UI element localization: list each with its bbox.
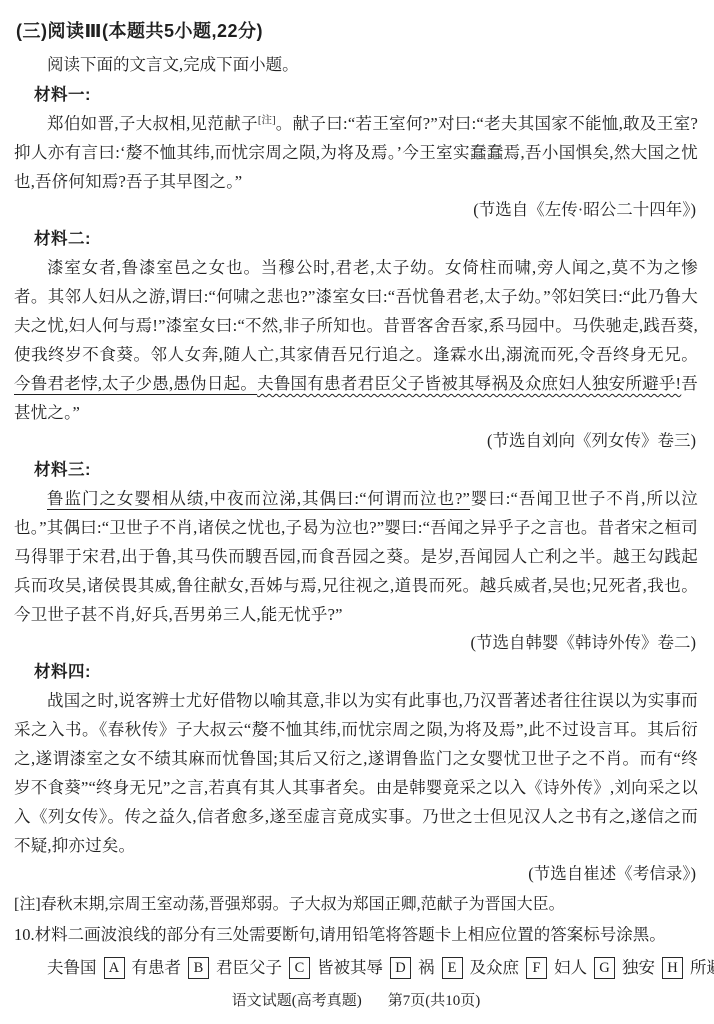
option-box-B: B — [188, 957, 209, 979]
material-source: (节选自刘向《列女传》卷三) — [14, 427, 696, 455]
option-box-G: G — [594, 957, 615, 979]
material-text: 郑伯如晋,子大叔相,见范献子[注]。献子曰:“若王室何?”对曰:“老夫其国家不能… — [14, 109, 698, 196]
option-box-C: C — [289, 957, 310, 979]
footnote: [注]春秋末期,宗周王室动荡,晋强郑弱。子大叔为郑国正卿,范献子为晋国大臣。 — [14, 891, 698, 919]
answer-text: 君臣父子 — [216, 958, 282, 977]
material-block: 材料四:战国之时,说客辨士尤好借物以喻其意,非以为实有此事也,乃汉晋著述者往往误… — [14, 660, 698, 888]
section-title: (三)阅读Ⅲ(本题共5小题,22分) — [16, 18, 698, 44]
instruction-line: 阅读下面的文言文,完成下面小题。 — [14, 50, 698, 80]
materials: 材料一:郑伯如晋,子大叔相,见范献子[注]。献子曰:“若王室何?”对曰:“老夫其… — [14, 83, 698, 888]
underlined-text: 鲁监门之女婴相从绩,中夜而泣涕,其偶曰:“何谓而泣也?” — [47, 489, 470, 508]
option-box-F: F — [526, 957, 547, 979]
answer-text: 祸 — [418, 958, 435, 977]
material-block: 材料三:鲁监门之女婴相从绩,中夜而泣涕,其偶曰:“何谓而泣也?”婴曰:“吾闻卫世… — [14, 458, 698, 657]
answer-text: 所避乎! — [690, 958, 714, 977]
answer-text: 及众庶 — [470, 958, 520, 977]
material-block: 材料一:郑伯如晋,子大叔相,见范献子[注]。献子曰:“若王室何?”对曰:“老夫其… — [14, 83, 698, 224]
material-label: 材料四: — [34, 660, 698, 684]
material-text: 鲁监门之女婴相从绩,中夜而泣涕,其偶曰:“何谓而泣也?”婴曰:“吾闻卫世子不肖,… — [14, 484, 698, 629]
material-label: 材料二: — [34, 227, 698, 251]
plain-text: 婴曰:“吾闻卫世子不肖,所以泣也。”其偶曰:“卫世子不肖,诸侯之忧也,子曷为泣也… — [14, 489, 698, 624]
material-source: (节选自《左传·昭公二十四年》) — [14, 196, 696, 224]
option-box-H: H — [662, 957, 683, 979]
exam-page: (三)阅读Ⅲ(本题共5小题,22分) 阅读下面的文言文,完成下面小题。 材料一:… — [0, 0, 714, 1024]
material-block: 材料二:漆室女者,鲁漆室邑之女也。当穆公时,君老,太子幼。女倚柱而啸,旁人闻之,… — [14, 227, 698, 455]
material-source: (节选自韩婴《韩诗外传》卷二) — [14, 629, 696, 657]
answer-text: 独安 — [622, 958, 655, 977]
option-box-D: D — [390, 957, 411, 979]
answer-line: 夫鲁国A有患者B君臣父子C皆被其辱D祸E及众庶F妇人G独安H所避乎! — [14, 951, 698, 985]
answer-text: 皆被其辱 — [317, 958, 383, 977]
option-box-A: A — [104, 957, 125, 979]
material-text: 漆室女者,鲁漆室邑之女也。当穆公时,君老,太子幼。女倚柱而啸,旁人闻之,莫不为之… — [14, 253, 698, 427]
material-label: 材料三: — [34, 458, 698, 482]
wavy-underlined-text: 夫鲁国有患者君臣父子皆被其辱祸及众庶妇人独安所避乎! — [257, 374, 681, 393]
footer-page-indicator: 第7页(共10页) — [388, 993, 481, 1009]
answer-text: 夫鲁国 — [47, 958, 97, 977]
plain-text: 战国之时,说客辨士尤好借物以喻其意,非以为实有此事也,乃汉晋著述者往往误以为实事… — [14, 691, 698, 855]
answer-text: 有患者 — [132, 958, 182, 977]
page-footer: 语文试题(高考真题)第7页(共10页) — [14, 989, 698, 1013]
answer-text: 妇人 — [554, 958, 587, 977]
footer-doc-title: 语文试题(高考真题) — [232, 993, 362, 1009]
question-10: 10.材料二画波浪线的部分有三处需要断句,请用铅笔将答题卡上相应位置的答案标号涂… — [14, 920, 698, 949]
option-box-E: E — [442, 957, 463, 979]
material-text: 战国之时,说客辨士尤好借物以喻其意,非以为实有此事也,乃汉晋著述者往往误以为实事… — [14, 686, 698, 860]
material-source: (节选自崔述《考信录》) — [14, 860, 696, 888]
plain-text: 漆室女者,鲁漆室邑之女也。当穆公时,君老,太子幼。女倚柱而啸,旁人闻之,莫不为之… — [14, 258, 698, 364]
footnote-ref-mark: [注] — [258, 115, 276, 126]
underlined-text: 今鲁君老悖,太子少愚,愚伪日起。 — [14, 374, 257, 393]
plain-text: 郑伯如晋,子大叔相,见范献子 — [47, 114, 258, 133]
material-label: 材料一: — [34, 83, 698, 107]
